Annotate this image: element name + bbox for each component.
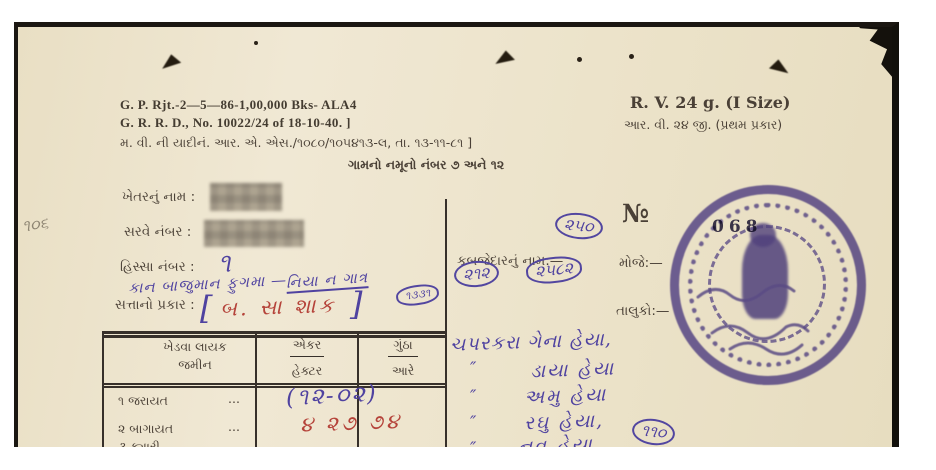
bracket-right: ] [350,285,362,323]
table-row-dots: ... [228,391,240,406]
circled-number-small: ૧૩૩૧ [395,282,441,308]
form-size-title-gu: આર. વી. ૨૪ જી. (પ્રથમ પ્રકાર) [624,117,782,133]
names-list-item: નવુ હેયા [518,434,594,447]
section-divider-line [445,199,447,447]
acre-value-purple: (૧૨-૦૨) [285,381,378,412]
punch-mark-icon [159,52,181,69]
table-col2-header-rule [290,356,324,357]
survey-number-label: સરવે નંબર : [124,224,191,240]
ditto-mark: ″ [470,413,476,433]
ditto-mark: ″ [470,387,476,407]
punch-mark-icon [769,58,791,74]
table-col2-header-top: એકર [262,337,352,353]
hissa-number-label: હિસ્સા નંબર : [120,259,195,275]
table-row: ૩ ક્યારી [118,439,160,447]
table-col3-header-rule [388,356,418,357]
table-col3-header-top: ગુંઠા [364,337,442,353]
margin-pencil-number: ૧૦૬ [21,213,50,236]
print-code-line2: G. R. R. D., No. 10022/24 of 18-10-40. ] [120,115,351,131]
table-col2-header-bottom: હેક્ટર [262,363,352,379]
table-col-divider-1 [255,331,257,447]
circled-number-110: ૧૧૦ [630,416,677,447]
bracket-left: [ [200,289,212,327]
official-round-stamp [670,185,866,385]
ditto-mark: ″ [470,359,476,379]
form-size-title-en: R. V. 24 g. (I Size) [630,93,790,112]
table-header-border [102,383,445,385]
table-col1-header-line1: ખેડવા લાયક [140,339,250,355]
tenure-type-label: સત્તાનો પ્રકાર : [115,297,195,313]
table-top-border [102,331,445,335]
tenure-value-handwritten: બ. સા શાક [220,293,337,322]
table-col3-header-bottom: આરે [364,363,442,379]
redacted-survey-number [204,220,304,247]
speck-icon [254,41,258,45]
ditto-mark: ″ [470,439,476,447]
table-left-border [102,331,104,447]
scanned-form-page: G. P. Rjt.-2—5—86-1,00,000 Bks- ALA4 G. … [14,22,899,447]
reference-line-gujarati: મ. વી. ની યાદીનં. આર. એ. એસ./૧૦૮૦/૧૦૫૪૧૩… [120,135,472,151]
no-symbol: № [622,199,649,228]
form-number-line: ગામનો નમૂનો નંબર ૭ અને ૧૨ [348,157,504,173]
torn-corner [836,22,894,84]
stamp-signature-squiggle [690,275,840,365]
table-col1-header-line2: જમીન [140,357,250,373]
village-label: મોજે:— [619,255,663,271]
names-list-item: ડાયા હેયા [530,358,616,383]
farm-name-label: ખેતરનું નામ : [122,189,195,205]
redacted-farm-name [210,183,282,211]
scan-canvas: { "header": { "code_line1": "G. P. Rjt.-… [0,0,936,470]
table-row: ૨ બાગાયત [118,421,173,437]
ashoka-emblem-top [750,223,776,247]
names-list-item: ચપરકરા ગેના હેયા, [450,328,612,356]
table-row-dots: ... [228,419,240,434]
table-row: ૧ જરાયત [118,393,168,409]
speck-icon [629,54,634,59]
names-list-item: રઘુ હેયા, [524,410,605,435]
acre-value-red: ૪ ૨૭ ૭૪ [300,409,403,438]
names-list-item: અમુ હેયા [524,384,608,409]
speck-icon [577,57,582,62]
taluka-label: તાલુકો:— [616,303,669,319]
circled-number-250: ૨૫૦ [554,211,604,242]
punch-mark-icon [493,49,515,64]
print-code-line1: G. P. Rjt.-2—5—86-1,00,000 Bks- ALA4 [120,97,357,113]
